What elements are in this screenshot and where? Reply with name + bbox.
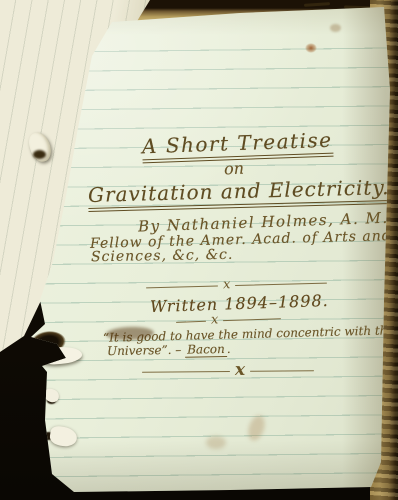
divider-line [223,318,281,322]
notebook-photo: A Short Treatise on Gravitation and Elec… [0,0,398,500]
byline-line-3: Sciences, &c, &c. [91,247,234,265]
torn-paper-chip [14,427,30,441]
divider-line [176,320,206,323]
tear-shadow [13,435,21,441]
title-text: Gravitation and Electricity. [88,175,390,212]
written-date-line: Written 1894–1898. [150,291,329,316]
top-edge-mark [304,2,330,7]
paper-fold [26,130,53,164]
quote-line-2-text: Universe”. – [107,343,182,358]
quote-suffix: . [227,342,231,356]
divider-x: x [142,362,314,381]
quote-line-2: Universe”. – Bacon. [107,342,231,358]
divider-line [250,370,314,372]
divider-x-mark: x [223,278,231,291]
paper-fold-shadow [33,150,46,159]
divider-line [142,371,230,373]
title-line-2: on [224,159,245,179]
divider-x-mark: x [211,313,219,326]
title-line-1: A Short Treatise [142,128,333,159]
divider-x-mark: x [235,362,245,379]
title-line-3: Gravitation and Electricity. [88,175,390,207]
divider-line [146,285,218,288]
divider-line [235,282,327,286]
quote-author: Bacon [185,342,227,358]
